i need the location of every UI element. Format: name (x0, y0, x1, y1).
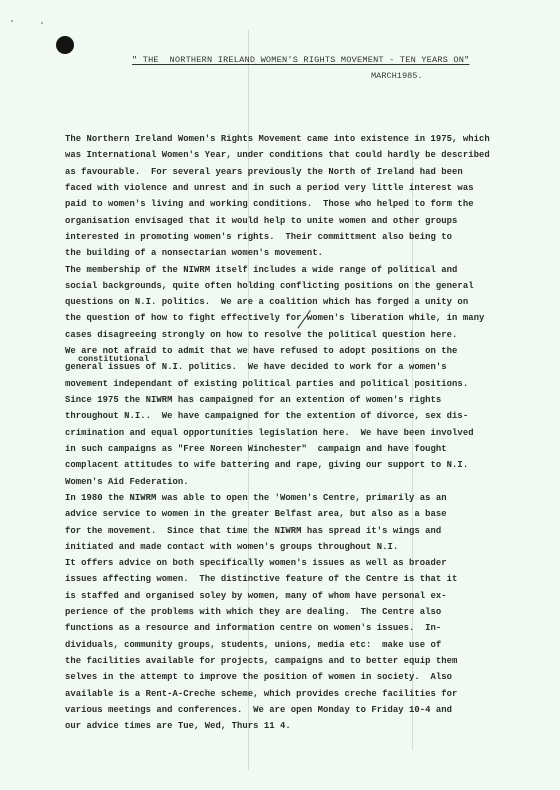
text-line: questions on N.I. politics. We are a coa… (65, 294, 525, 310)
text-line: In 1980 the NIWRM was able to open the '… (65, 490, 525, 506)
text-line: dividuals, community groups, students, u… (65, 637, 525, 653)
text-line: faced with violence and unrest and in su… (65, 180, 525, 196)
page-speck (11, 20, 13, 22)
document-date: MARCH1985. (371, 71, 423, 81)
text-line: selves in the attempt to improve the pos… (65, 669, 525, 685)
text-line: initiated and made contact with women's … (65, 539, 525, 555)
text-line: The Northern Ireland Women's Rights Move… (65, 131, 525, 147)
text-line: The membership of the NIWRM itself inclu… (65, 262, 525, 278)
text-line: paid to women's living and working condi… (65, 196, 525, 212)
text-line: the facilities available for projects, c… (65, 653, 525, 669)
text-line: It offers advice on both specifically wo… (65, 555, 525, 571)
text-line: functions as a resource and information … (65, 620, 525, 636)
text-line: in such campaigns as "Free Noreen Winche… (65, 441, 525, 457)
page-speck (41, 22, 43, 24)
document-title: " THE NORTHERN IRELAND WOMEN'S RIGHTS MO… (132, 55, 470, 65)
text-line: for the movement. Since that time the NI… (65, 523, 525, 539)
text-line: as favourable. For several years previou… (65, 164, 525, 180)
text-line: Women's Aid Federation. (65, 474, 525, 490)
text-line: various meetings and conferences. We are… (65, 702, 525, 718)
text-line: the question of how to fight effectively… (65, 310, 525, 326)
document-body: The Northern Ireland Women's Rights Move… (65, 131, 525, 735)
document-page: " THE NORTHERN IRELAND WOMEN'S RIGHTS MO… (0, 0, 560, 790)
handwritten-insert: constitutional (78, 351, 149, 367)
text-line: interested in promoting women's rights. … (65, 229, 525, 245)
text-line: our advice times are Tue, Wed, Thurs 11 … (65, 718, 525, 734)
text-line: general issues of N.I. politics. We have… (65, 359, 525, 375)
text-line: Since 1975 the NIWRM has campaigned for … (65, 392, 525, 408)
text-line: complacent attitudes to wife battering a… (65, 457, 525, 473)
text-line: social backgrounds, quite often holding … (65, 278, 525, 294)
punch-hole (56, 36, 74, 54)
text-line: movement independant of existing politic… (65, 376, 525, 392)
text-line: the building of a nonsectarian women's m… (65, 245, 525, 261)
text-line: available is a Rent-A-Creche scheme, whi… (65, 686, 525, 702)
text-line: perience of the problems with which they… (65, 604, 525, 620)
text-line: organisation envisaged that it would hel… (65, 213, 525, 229)
text-line: throughout N.I.. We have campaigned for … (65, 408, 525, 424)
text-line: is staffed and organised soley by women,… (65, 588, 525, 604)
text-line: was International Women's Year, under co… (65, 147, 525, 163)
text-line: issues affecting women. The distinctive … (65, 571, 525, 587)
text-line: advice service to women in the greater B… (65, 506, 525, 522)
text-line: crimination and equal opportunities legi… (65, 425, 525, 441)
text-line: cases disagreeing strongly on how to res… (65, 327, 525, 343)
